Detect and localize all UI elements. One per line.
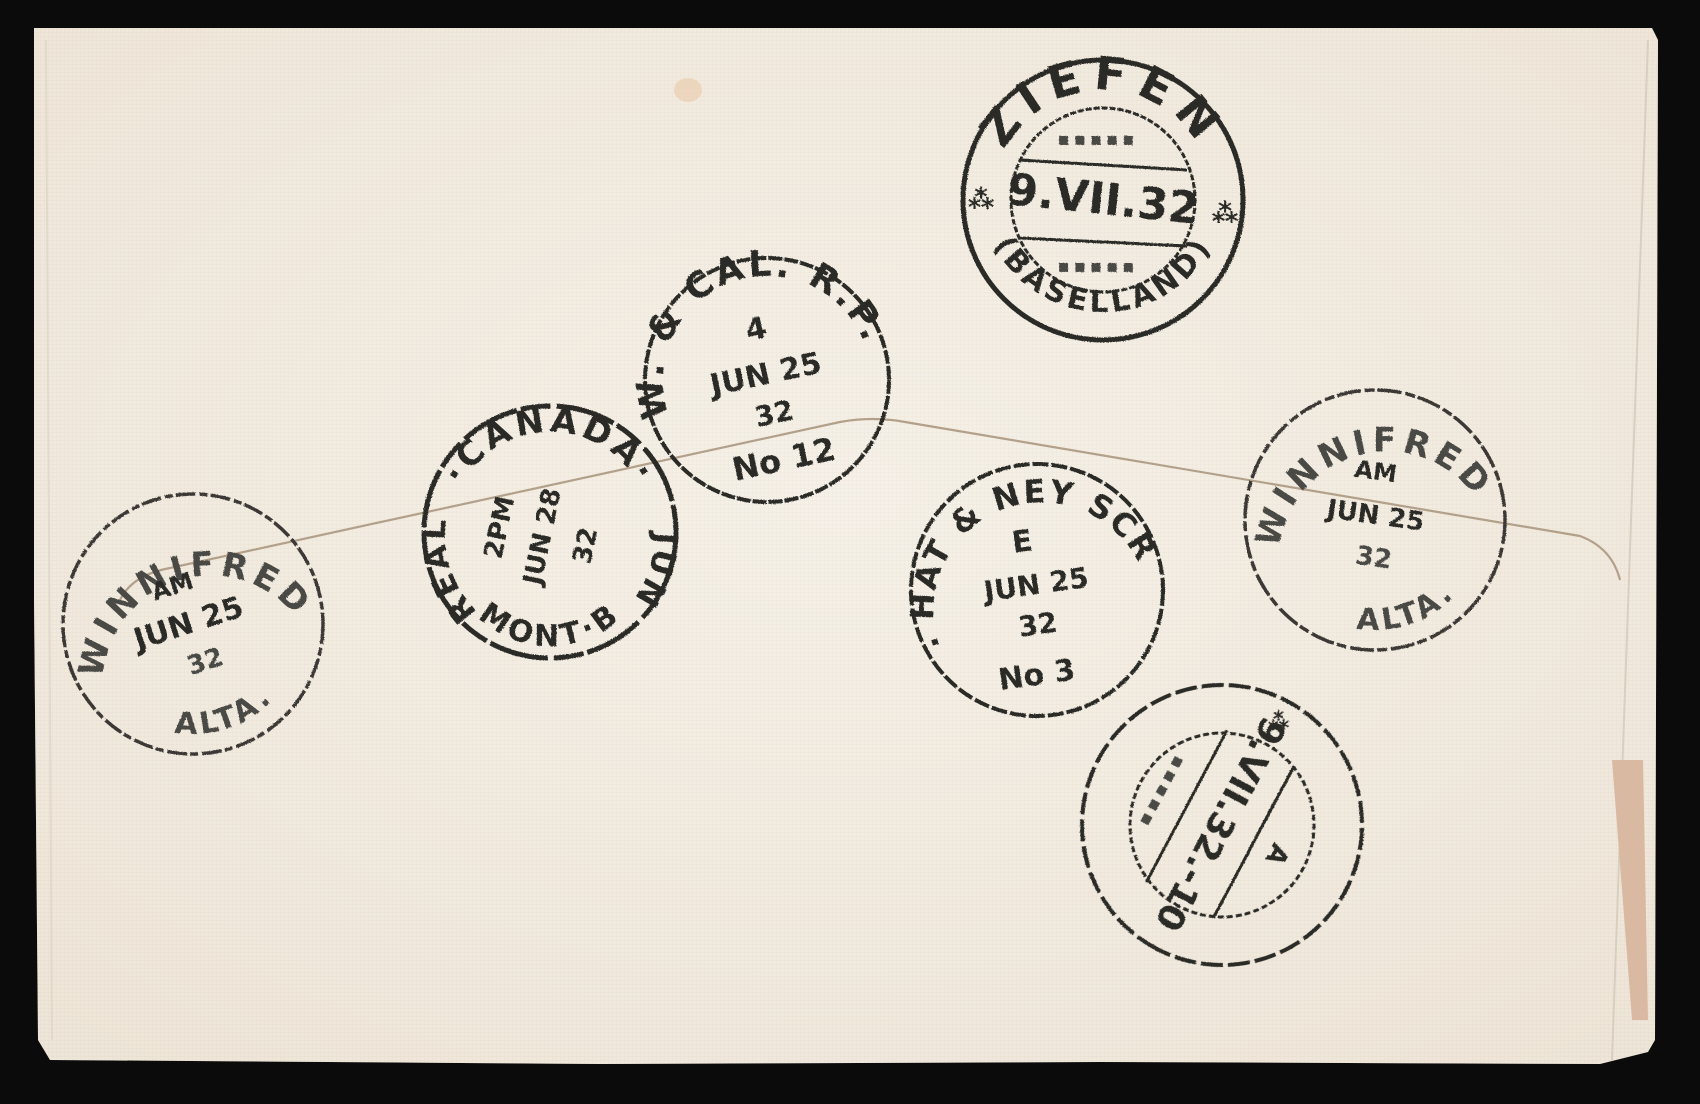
svg-text:32: 32 <box>1354 541 1394 576</box>
svg-text:32: 32 <box>1016 606 1059 644</box>
svg-text:⁂: ⁂ <box>968 185 995 215</box>
envelope-scan: ▪▪▪▪▪ ▪▪▪▪▪ 9.VII.32 ZIEFEN (BASELLAND) … <box>0 0 1700 1104</box>
svg-text:▪▪▪▪▪: ▪▪▪▪▪ <box>1058 129 1139 150</box>
svg-text:AM: AM <box>1353 455 1399 489</box>
svg-text:▪▪▪▪▪: ▪▪▪▪▪ <box>1058 256 1139 277</box>
envelope <box>34 28 1658 1064</box>
svg-text:⁂: ⁂ <box>1212 199 1239 229</box>
